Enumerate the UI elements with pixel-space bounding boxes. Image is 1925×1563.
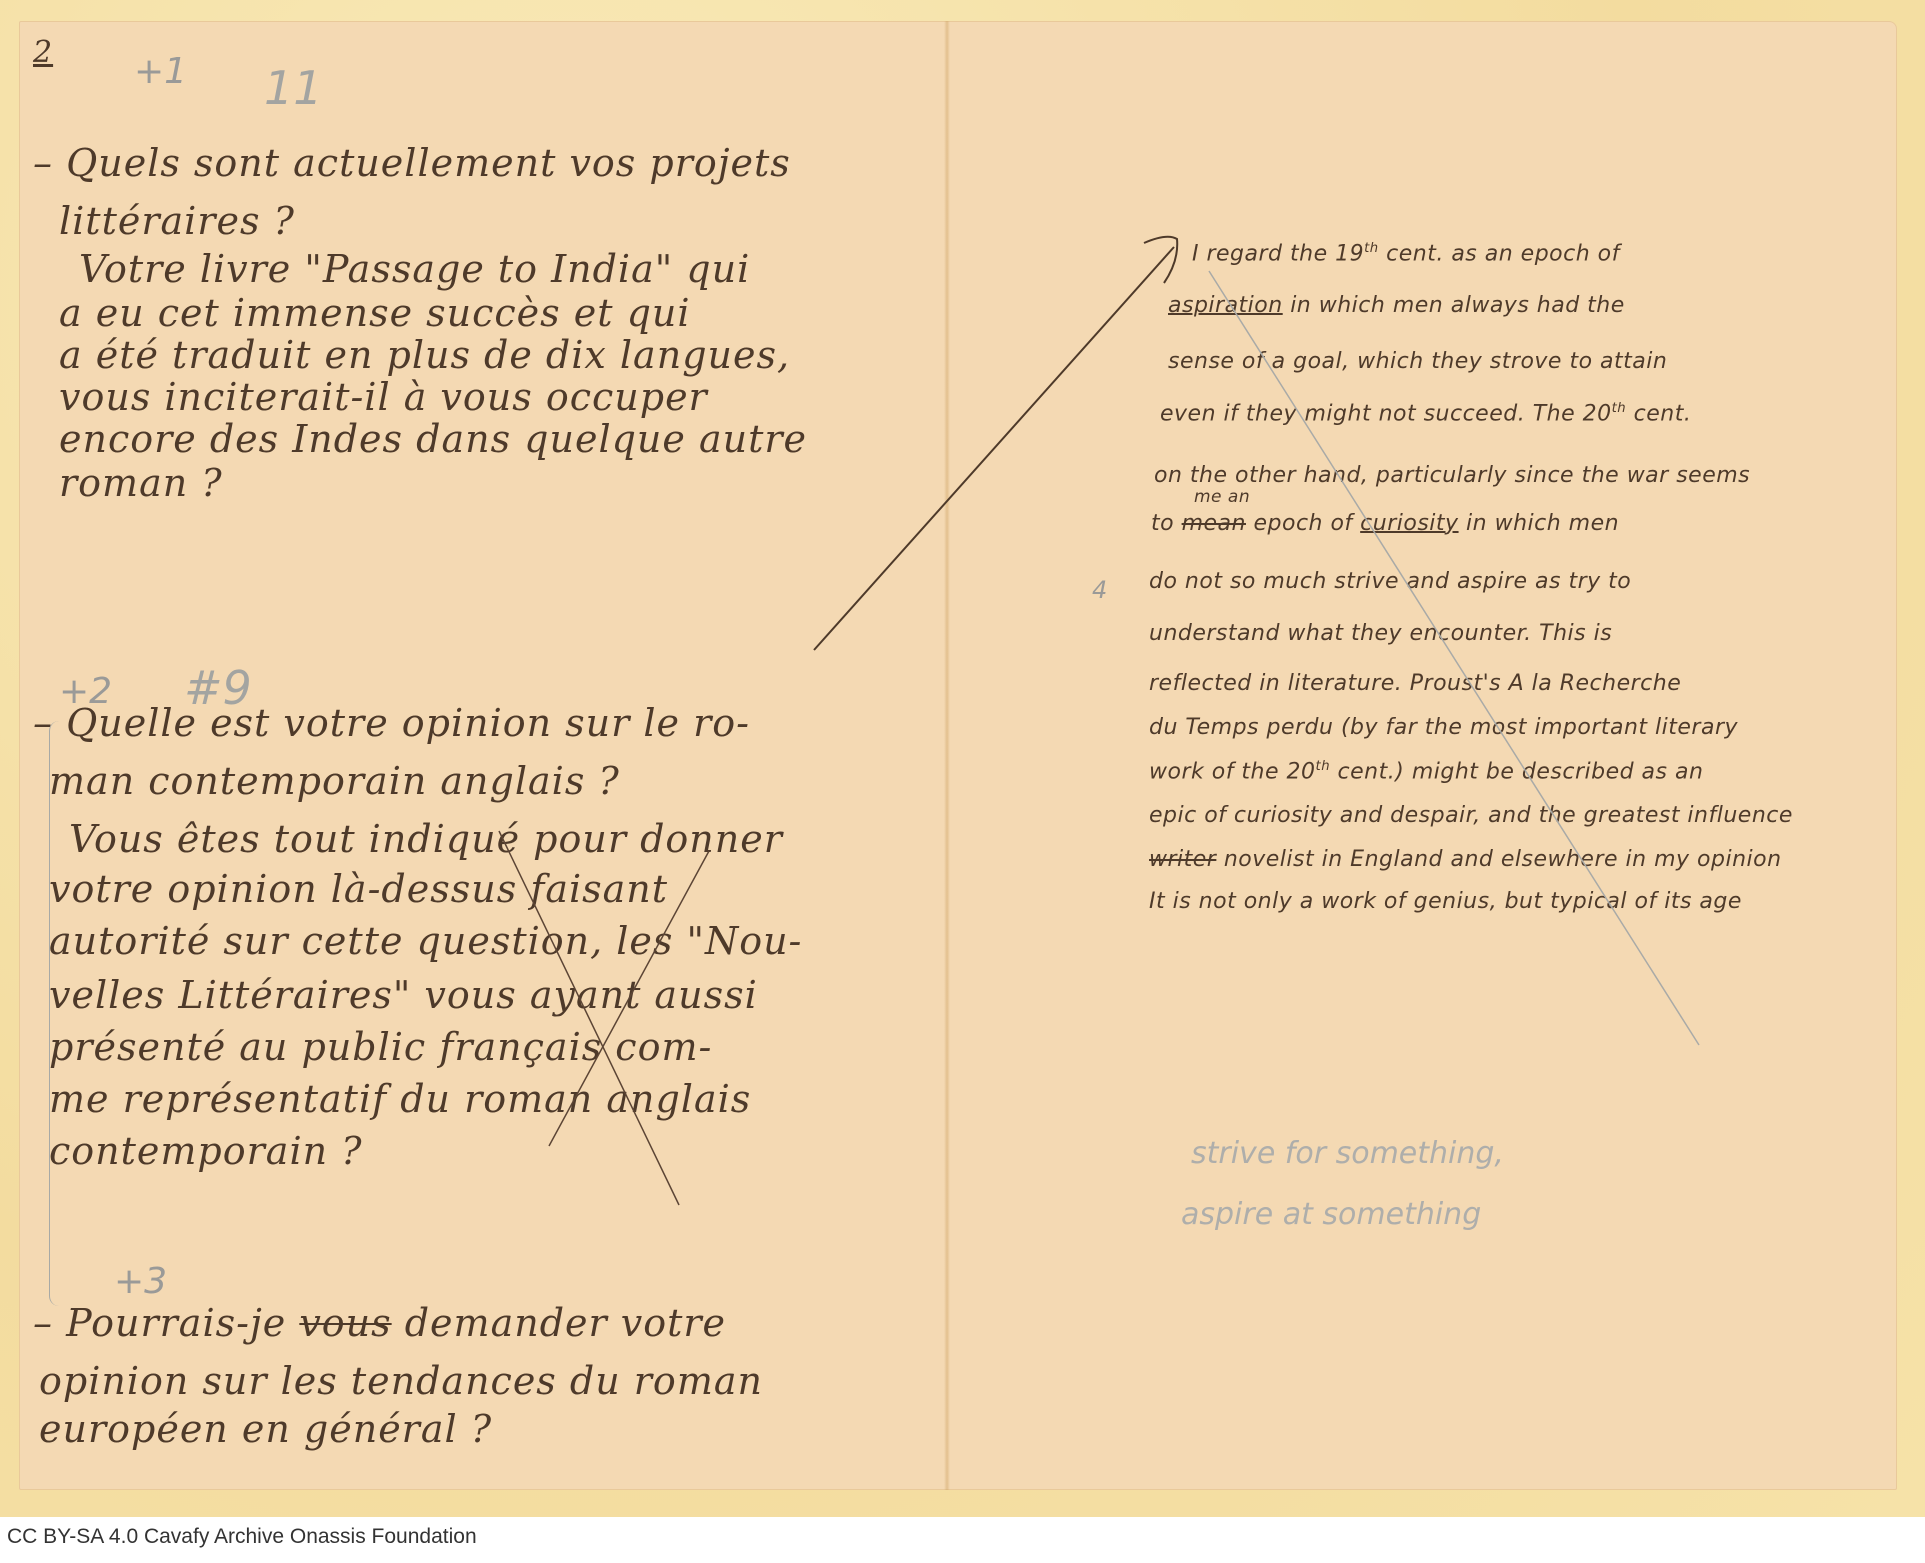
- pencil-note-line: strive for something,: [1191, 1136, 1504, 1171]
- answer-line: writer novelist in England and elsewhere…: [1149, 847, 1782, 872]
- answer-line: even if they might not succeed. The 20th…: [1160, 401, 1691, 426]
- question-1-line: littéraires ?: [59, 199, 295, 243]
- answer-line: to mean epoch of curiosity in which men: [1151, 511, 1619, 536]
- question-2-line: me représentatif du roman anglais: [49, 1077, 751, 1121]
- question-3-line: – Pourrais-je vous demander votre: [33, 1301, 726, 1345]
- interlinear-insert: me an: [1194, 487, 1250, 507]
- question-3-text-start: – Pourrais-je: [33, 1301, 286, 1345]
- struck-word: vous: [299, 1301, 391, 1345]
- pencil-margin-bracket: [49, 721, 64, 1306]
- question-1-line: encore des Indes dans quelque autre: [59, 417, 807, 461]
- answer-line: I regard the 19th cent. as an epoch of: [1192, 241, 1620, 266]
- answer-line: work of the 20th cent.) might be describ…: [1149, 759, 1703, 784]
- license-caption: CC BY-SA 4.0 Cavafy Archive Onassis Foun…: [7, 1525, 477, 1549]
- question-2-line: Vous êtes tout indiqué pour donner: [69, 817, 783, 861]
- manuscript-sheet: 2 +1 11 – Quels sont actuellement vos pr…: [19, 21, 1897, 1490]
- answer-line: aspiration in which men always had the: [1168, 293, 1625, 318]
- question-3-text-end: demander votre: [405, 1301, 726, 1345]
- left-page: 2 +1 11 – Quels sont actuellement vos pr…: [19, 21, 946, 1490]
- answer-line: understand what they encounter. This is: [1149, 621, 1612, 646]
- answer-line: du Temps perdu (by far the most importan…: [1149, 715, 1738, 740]
- question-1-line: a eu cet immense succès et qui: [59, 291, 691, 335]
- answer-line: do not so much strive and aspire as try …: [1149, 569, 1631, 594]
- struck-word: writer: [1149, 847, 1216, 872]
- answer-line: It is not only a work of genius, but typ…: [1149, 889, 1742, 914]
- page-number: 2: [33, 35, 53, 70]
- question-2-line: contemporain ?: [49, 1129, 363, 1173]
- question-2-line: autorité sur cette question, les "Nou-: [49, 919, 802, 963]
- question-1-line: Votre livre "Passage to India" qui: [79, 247, 750, 291]
- answer-line: epic of curiosity and despair, and the g…: [1149, 803, 1793, 828]
- question-1-line: – Quels sont actuellement vos projets: [33, 141, 791, 185]
- pencil-question-number-11: 11: [264, 61, 323, 115]
- question-1-line: roman ?: [59, 461, 223, 505]
- question-3-line: opinion sur les tendances du roman: [39, 1359, 763, 1403]
- pencil-number-4: 4: [1092, 576, 1107, 604]
- answer-line: on the other hand, particularly since th…: [1154, 463, 1750, 488]
- question-2-line: – Quelle est votre opinion sur le ro-: [33, 701, 750, 745]
- struck-word: mean: [1182, 511, 1246, 536]
- question-2-line: man contemporain anglais ?: [49, 759, 620, 803]
- right-page: 4 I regard the 19th cent. as an epoch of…: [946, 21, 1897, 1490]
- underlined-aspiration: aspiration: [1168, 293, 1283, 318]
- question-2-line: velles Littéraires" vous ayant aussi: [49, 973, 758, 1017]
- question-1-line: a été traduit en plus de dix langues,: [59, 333, 790, 377]
- answer-line: sense of a goal, which they strove to at…: [1168, 349, 1667, 374]
- question-1-line: vous inciterait-il à vous occuper: [59, 375, 708, 419]
- question-3-line: européen en général ?: [39, 1407, 492, 1451]
- question-2-line: votre opinion là-dessus faisant: [49, 867, 668, 911]
- question-2-line: présenté au public français com-: [49, 1025, 712, 1069]
- pencil-crossed-number-1: +1: [134, 51, 187, 92]
- pencil-note-line: aspire at something: [1181, 1197, 1481, 1232]
- underlined-curiosity: curiosity: [1360, 511, 1458, 536]
- pencil-crossed-number-3: +3: [114, 1261, 167, 1302]
- answer-line: reflected in literature. Proust's A la R…: [1149, 671, 1681, 696]
